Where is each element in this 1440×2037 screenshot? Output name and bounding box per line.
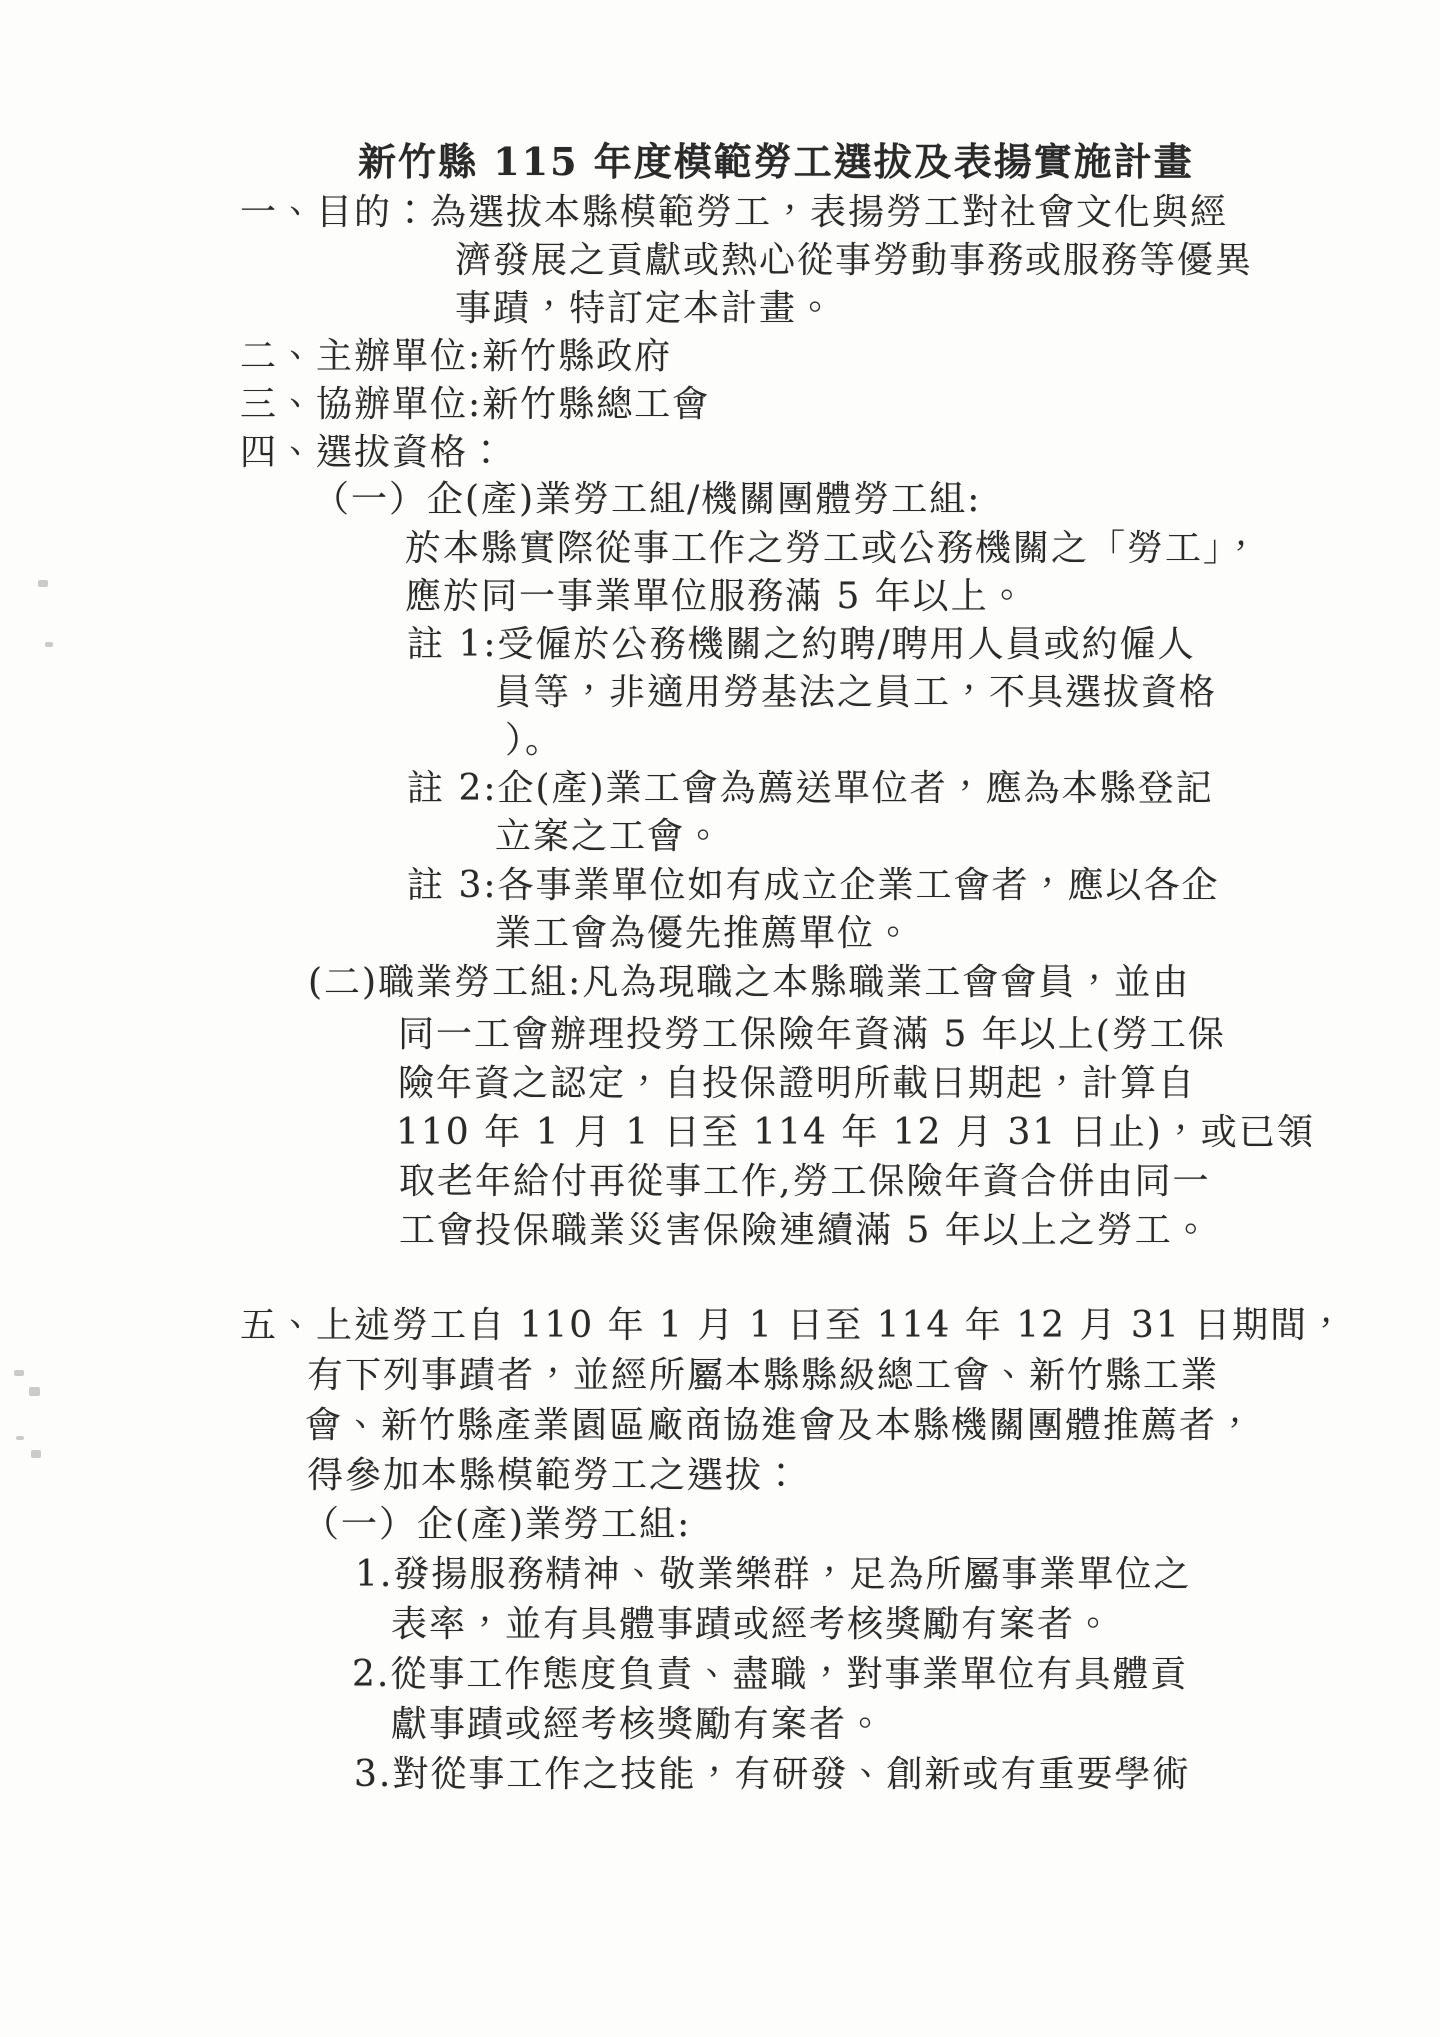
doc-line: 獻事蹟或經考核獎勵有案者。 [391, 1702, 885, 1748]
doc-line: 二、主辦單位:新竹縣政府 [240, 334, 672, 380]
doc-line: 四、選拔資格： [240, 430, 506, 476]
doc-line: 3.對從事工作之技能，有研發、創新或有重要學術 [354, 1752, 1190, 1798]
doc-line: 員等，非適用勞基法之員工，不具選拔資格 [495, 670, 1217, 716]
doc-line: 110 年 1 月 1 日至 114 年 12 月 31 日止)，或已領 [396, 1110, 1315, 1156]
doc-line: （一）企(產)業勞工組/機關團體勞工組: [313, 477, 981, 523]
doc-line: 取老年給付再從事工作,勞工保險年資合併由同一 [399, 1159, 1210, 1205]
doc-line: 1.發揚服務精神、敬業樂群，足為所屬事業單位之 [355, 1552, 1191, 1598]
document-title: 新竹縣 115 年度模範勞工選拔及表揚實施計畫 [358, 138, 1194, 186]
doc-line: (二)職業勞工組:凡為現職之本縣職業工會會員，並由 [308, 960, 1190, 1006]
doc-line: 業工會為優先推薦單位。 [495, 911, 913, 957]
doc-line: 2.從事工作態度負責、盡職，對事業單位有具體貢 [352, 1652, 1188, 1698]
scan-speck [31, 1450, 41, 1458]
scan-speck [16, 1436, 24, 1440]
doc-line: 註 2:企(產)業工會為薦送單位者，應為本縣登記 [407, 766, 1214, 812]
doc-line: 註 3:各事業單位如有成立企業工會者，應以各企 [407, 863, 1219, 909]
doc-line: 得參加本縣模範勞工之選拔： [307, 1453, 801, 1499]
doc-line: 立案之工會。 [495, 814, 723, 860]
scan-speck [38, 580, 48, 587]
doc-line: （一）企(產)業勞工組: [303, 1502, 691, 1548]
scan-speck [14, 1370, 24, 1376]
doc-line: 於本縣實際從事工作之勞工或公務機關之「勞工」， [405, 526, 1261, 572]
doc-line: 三、協辦單位:新竹縣總工會 [240, 382, 710, 428]
doc-line: 事蹟，特訂定本計畫。 [455, 286, 835, 332]
doc-line: 險年資之認定，自投保證明所載日期起，計算自 [398, 1061, 1196, 1107]
doc-line: ）。 [505, 718, 563, 764]
doc-line: 一、目的：為選拔本縣模範勞工，表揚勞工對社會文化與經 [240, 190, 1228, 236]
doc-line: 濟發展之貢獻或熱心從事勞動事務或服務等優異 [455, 238, 1253, 284]
doc-line: 會、新竹縣產業園區廠商協進會及本縣機關團體推薦者， [305, 1403, 1255, 1449]
doc-line: 表率，並有具體事蹟或經考核獎勵有案者。 [391, 1602, 1113, 1648]
doc-line: 應於同一事業單位服務滿 5 年以上。 [405, 574, 1027, 620]
doc-line: 同一工會辦理投勞工保險年資滿 5 年以上(勞工保 [398, 1012, 1226, 1058]
scan-speck [29, 1387, 40, 1396]
doc-line: 工會投保職業災害保險連續滿 5 年以上之勞工。 [399, 1208, 1211, 1254]
doc-line: 有下列事蹟者，並經所屬本縣縣級總工會、新竹縣工業 [307, 1353, 1219, 1399]
doc-line: 五、上述勞工自 110 年 1 月 1 日至 114 年 12 月 31 日期間… [240, 1303, 1346, 1349]
scan-speck [45, 642, 53, 647]
doc-line: 註 1:受僱於公務機關之約聘/聘用人員或約僱人 [407, 622, 1196, 668]
scanned-document-page: 新竹縣 115 年度模範勞工選拔及表揚實施計畫 一、目的：為選拔本縣模範勞工，表… [0, 0, 1440, 2037]
